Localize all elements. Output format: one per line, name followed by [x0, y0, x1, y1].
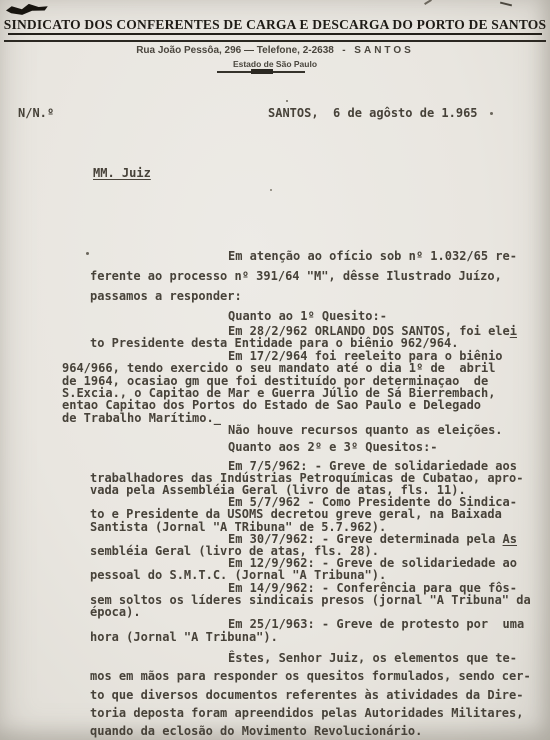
scanned-letter-page: SINDICATO DOS CONFERENTES DE CARGA E DES… [0, 0, 550, 740]
document-line: sem soltos os líderes sindicais presos (… [0, 594, 550, 606]
paragraph: Êstes, Senhor Juiz, os elementos que te-… [0, 649, 550, 740]
scan-speck [490, 112, 493, 115]
scan-speck [286, 100, 288, 102]
document-line: Quanto ao 1º Quesito:- [0, 310, 550, 323]
document-line: Quanto aos 2º e 3º Quesitos:- [0, 441, 550, 454]
header-rule-thick [8, 33, 542, 35]
document-line: Em atenção ao ofício sob nº 1.032/65 re- [0, 246, 550, 266]
document-line: toria deposta foram apreendidos pelas Au… [0, 704, 550, 722]
pen-mark [500, 2, 512, 7]
dateline: SANTOS, 6 de agôsto de 1.965 [268, 106, 478, 120]
document-line: Em 25/1/963: - Greve de protesto por uma [0, 618, 550, 630]
document-line: entao Capitao dos Portos do Estado de Sa… [0, 399, 550, 411]
ink-smudge [6, 3, 49, 17]
organization-title: SINDICATO DOS CONFERENTES DE CARGA E DES… [0, 17, 550, 33]
reference-number: N/N.º [18, 106, 54, 120]
document-line: mos em mãos para responder os quesitos f… [0, 667, 550, 685]
document-line: Êstes, Senhor Juiz, os elementos que te- [0, 649, 550, 667]
paragraph: Quanto ao 1º Quesito:- [0, 310, 550, 323]
salutation: MM. Juiz [93, 166, 151, 180]
document-line: quando da eclosão do Movimento Revolucio… [0, 722, 550, 740]
header-divider-dash [251, 69, 273, 74]
state-label: Estado de São Paulo [0, 59, 550, 69]
header-rule-thin [4, 40, 546, 42]
address-line: Rua João Pessôa, 296 — Telefone, 2-2638 … [0, 45, 550, 56]
pen-mark [424, 0, 432, 5]
paragraph: Quanto aos 2º e 3º Quesitos:- [0, 441, 550, 454]
document-line: to que diversos documentos referentes às… [0, 686, 550, 704]
document-line: 964/966, tendo exercido o seu mandato at… [0, 362, 550, 374]
paragraph: Em 28/2/962 ORLANDO DOS SANTOS, foi elei… [0, 325, 550, 437]
document-line: passamos a responder: [0, 286, 550, 306]
city-label: - SANTOS [342, 45, 414, 56]
document-line: pessoal do S.M.T.C. (Jornal "A Tribuna")… [0, 569, 550, 581]
street-phone: Rua João Pessôa, 296 — Telefone, 2-2638 [136, 45, 342, 56]
scan-speck [270, 189, 272, 191]
document-line: Não houve recursos quanto as eleições. [0, 424, 550, 436]
paragraph: Em atenção ao ofício sob nº 1.032/65 re-… [0, 246, 550, 306]
document-line: ferente ao processo nº 391/64 "M", dêsse… [0, 266, 550, 286]
document-line: to e Presidente da USOMS decretou greve … [0, 508, 550, 520]
document-line: hora (Jornal "A Tribuna"). [0, 631, 550, 643]
paragraph: Em 7/5/962: - Greve de solidariedade aos… [0, 460, 550, 643]
document-body: Em atenção ao ofício sob nº 1.032/65 re-… [0, 246, 550, 740]
document-line: to Presidente desta Entidade para o biên… [0, 337, 550, 349]
